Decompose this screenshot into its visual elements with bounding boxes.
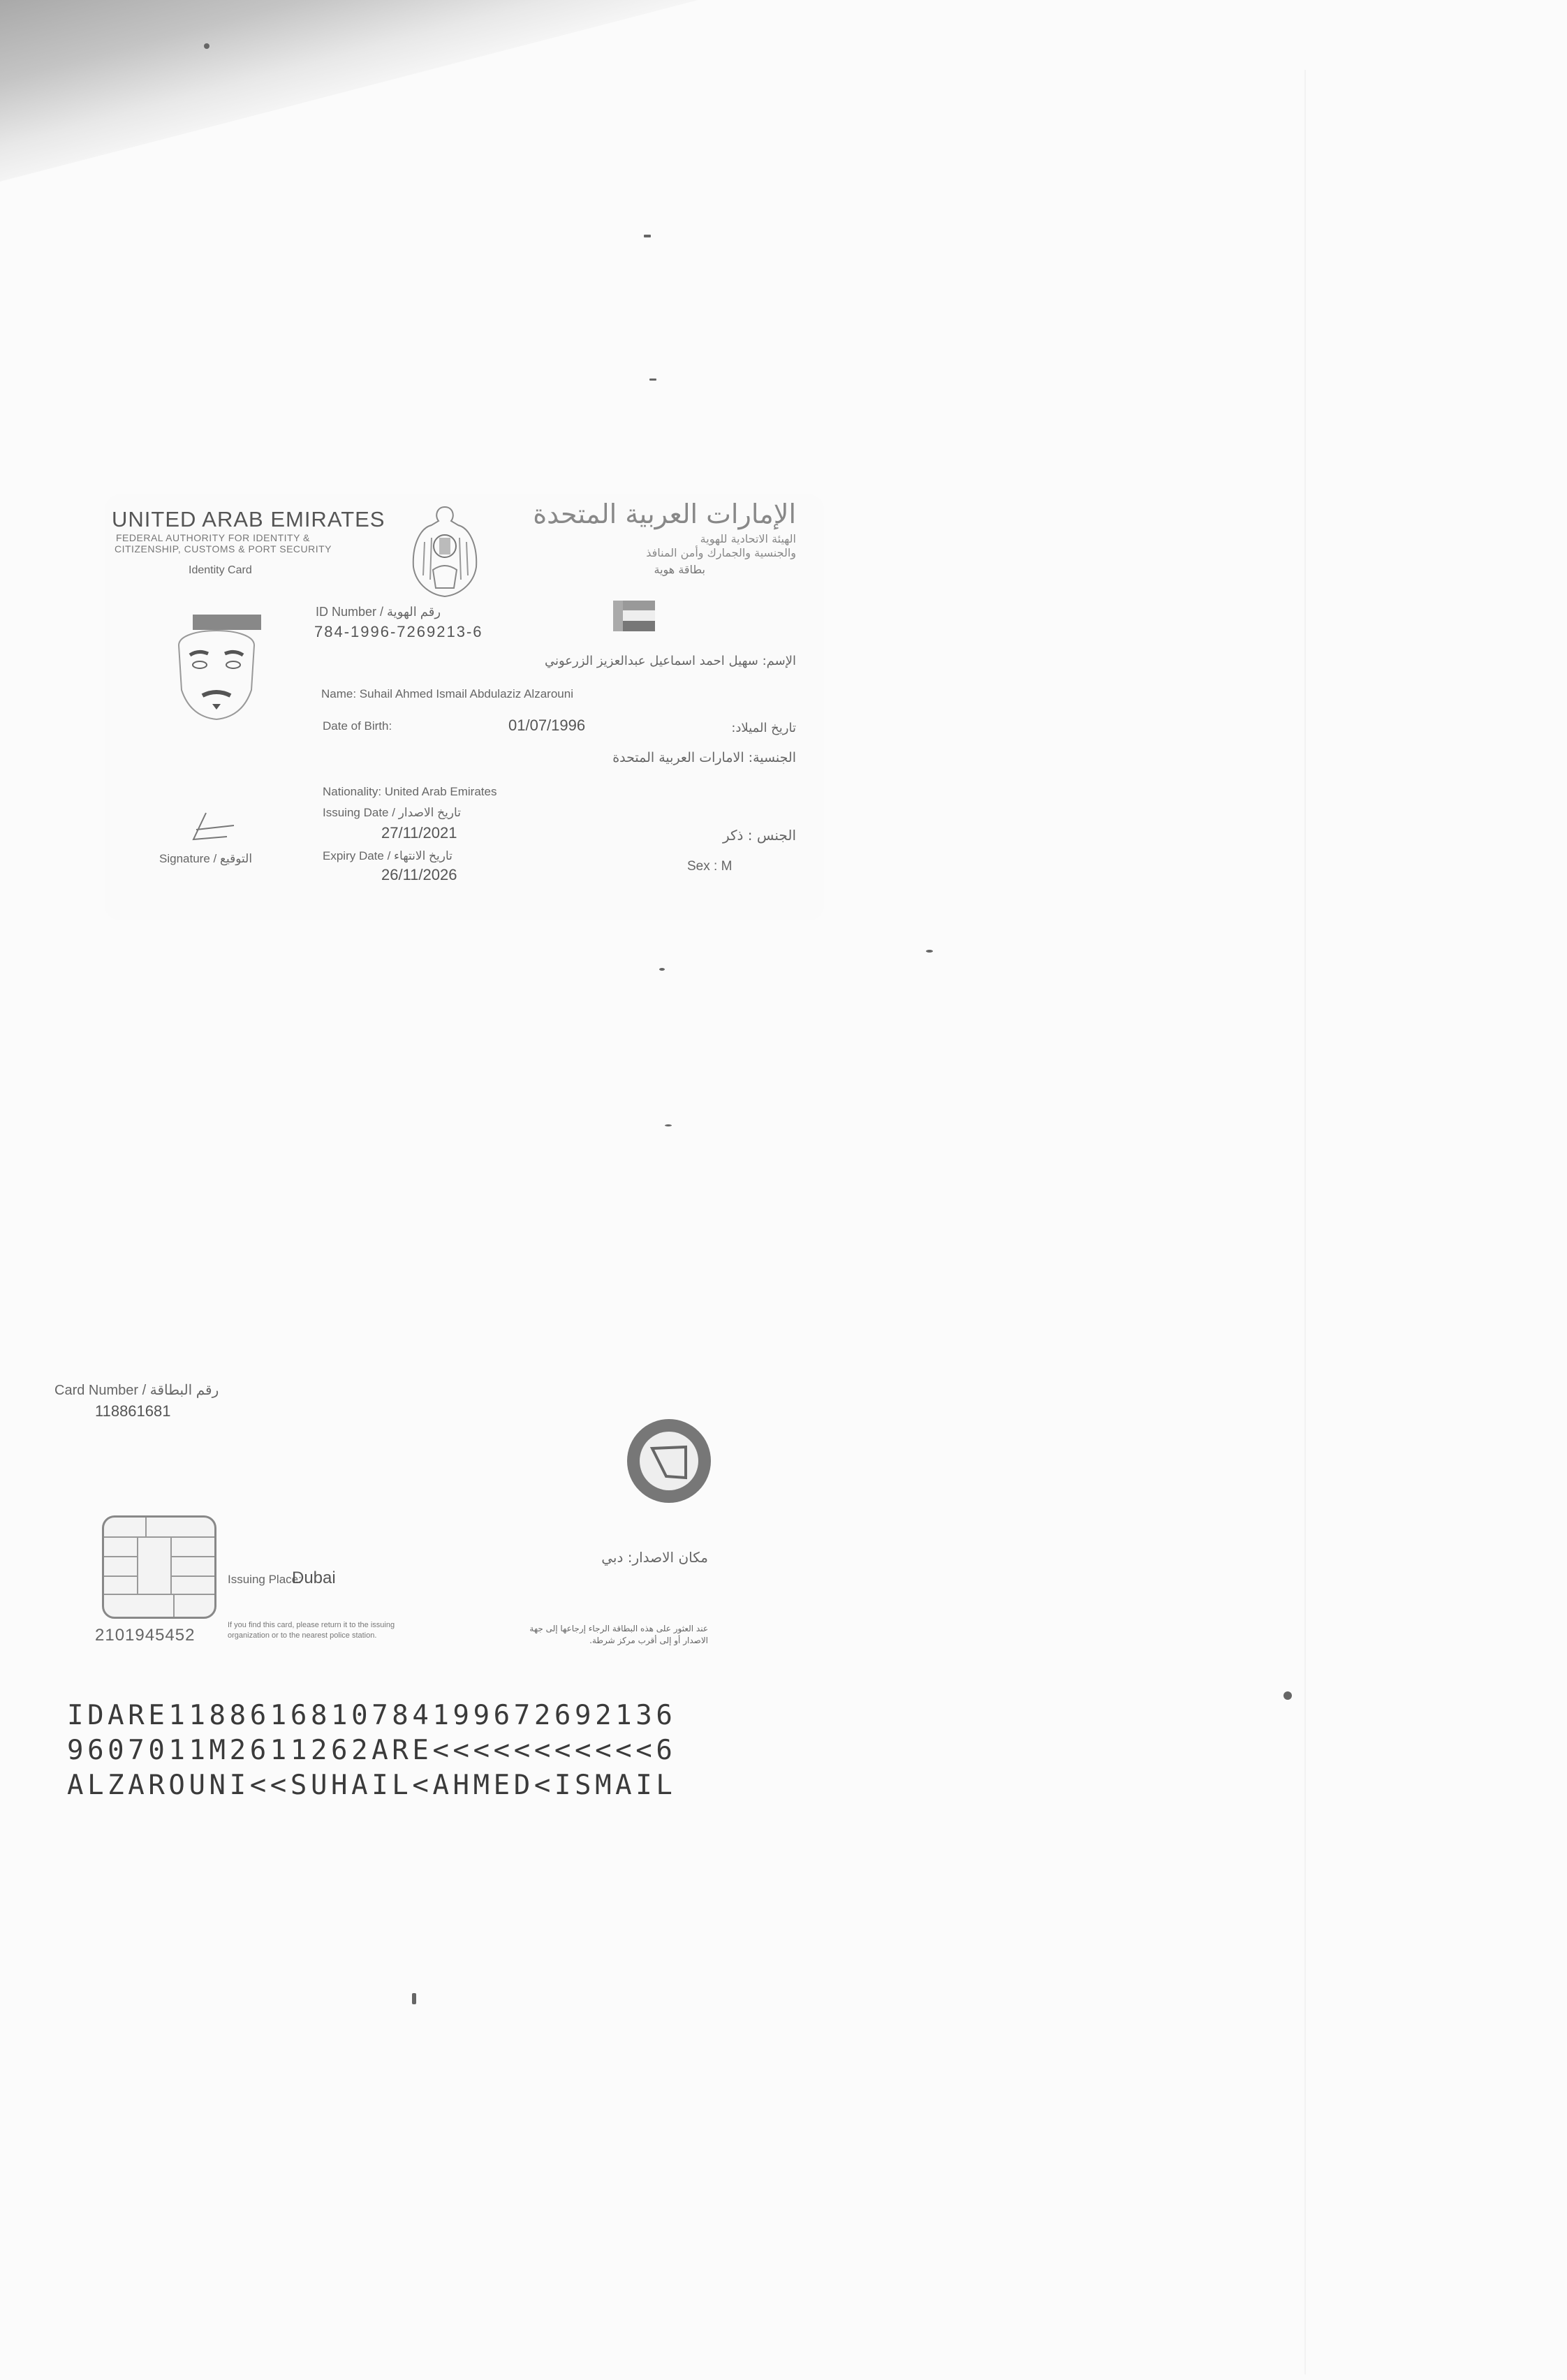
scan-speck [644, 235, 651, 237]
card-type-ar: بطاقة هوية [654, 563, 706, 576]
portrait-photo [154, 606, 279, 732]
scan-speck [659, 968, 665, 971]
chip-number: 2101945452 [95, 1626, 195, 1645]
card-number-label: Card Number / رقم البطاقة [54, 1381, 219, 1399]
nationality-ar: الجنسية: الامارات العربية المتحدة [612, 750, 796, 765]
paper-fold-line [1304, 70, 1306, 2374]
uae-emblem-icon [404, 503, 486, 599]
lost-card-notice-ar: عند العثور على هذه البطاقة الرجاء إرجاعه… [529, 1623, 708, 1647]
id-card-back: Card Number / رقم البطاقة 118861681 2101… [42, 1390, 747, 1830]
scan-speck [926, 950, 933, 953]
authority-en-line2: CITIZENSHIP, CUSTOMS & PORT SECURITY [115, 543, 332, 554]
date-of-birth: 01/07/1996 [508, 717, 585, 735]
issuing-date-label: Issuing Date / تاريخ الاصدار [323, 806, 461, 820]
expiry-date: 26/11/2026 [381, 866, 457, 884]
authority-ar-line2: والجنسية والجمارك وأمن المنافذ [646, 546, 796, 559]
authority-ar-line1: الهيئة الاتحادية للهوية [700, 532, 796, 545]
issuing-date: 27/11/2021 [381, 824, 457, 842]
lost-card-notice-en: If you find this card, please return it … [228, 1620, 395, 1641]
country-name-ar: الإمارات العربية المتحدة [533, 499, 796, 529]
signature-label: Signature / التوقيع [159, 852, 252, 866]
mrz-zone: IDARE1188616810784199672692136 9607011M2… [67, 1698, 676, 1803]
sex-en: Sex : M [687, 859, 732, 874]
scan-speck [1283, 1691, 1292, 1700]
scan-speck [649, 379, 656, 381]
scan-speck [204, 43, 209, 49]
nationality-en: Nationality: United Arab Emirates [323, 785, 496, 799]
dob-label-en: Date of Birth: [323, 719, 392, 733]
signature-mark [185, 809, 241, 851]
card-type-en: Identity Card [189, 564, 252, 577]
name-en: Name: Suhail Ahmed Ismail Abdulaziz Alza… [321, 687, 573, 701]
smart-chip-icon [102, 1515, 216, 1619]
issuing-place-label: Issuing Place: [228, 1573, 302, 1587]
authority-en-line1: FEDERAL AUTHORITY FOR IDENTITY & [116, 532, 310, 543]
mrz-line-1: IDARE1188616810784199672692136 [67, 1698, 676, 1733]
mrz-line-2: 9607011M2611262ARE<<<<<<<<<<<6 [67, 1733, 676, 1768]
name-ar: الإسم: سهيل احمد اسماعيل عبدالعزيز الزرع… [545, 654, 796, 668]
card-number: 118861681 [95, 1402, 171, 1420]
expiry-date-label: Expiry Date / تاريخ الانتهاء [323, 849, 453, 863]
id-number: 784-1996-7269213-6 [314, 623, 483, 641]
id-number-label: ID Number / رقم الهوية [316, 605, 441, 619]
id-card-front: UNITED ARAB EMIRATES FEDERAL AUTHORITY F… [105, 494, 824, 920]
dob-label-ar: تاريخ الميلاد: [731, 721, 796, 735]
scan-speck [412, 1993, 416, 2004]
country-name-en: UNITED ARAB EMIRATES [112, 507, 385, 532]
issuing-place-ar: مكان الاصدار: دبي [601, 1549, 708, 1566]
mrz-line-3: ALZAROUNI<<SUHAIL<AHMED<ISMAIL [67, 1768, 676, 1803]
scan-speck [665, 1124, 672, 1126]
uae-flag-icon [613, 601, 655, 631]
scan-corner-shadow [0, 0, 698, 182]
issuing-place: Dubai [292, 1569, 336, 1588]
sex-ar: الجنس : ذكر [723, 827, 796, 844]
gcc-seal-icon [624, 1416, 714, 1506]
